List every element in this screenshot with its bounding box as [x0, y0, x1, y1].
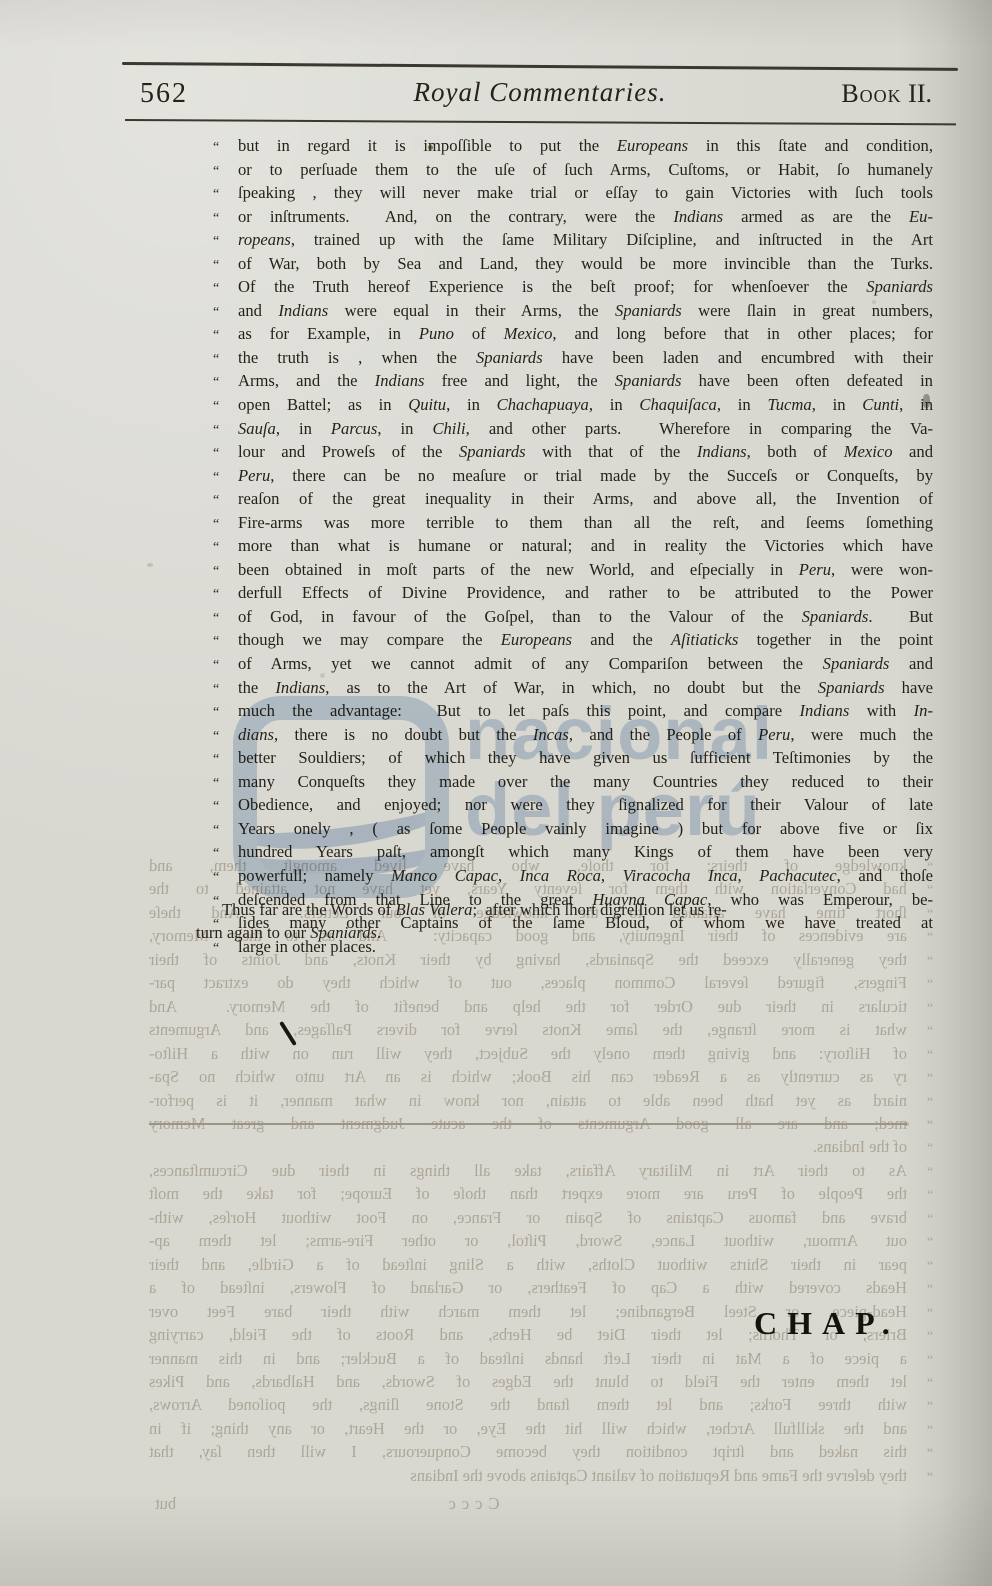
- bleed-line: “ry as currently as a Reader can his Boo…: [149, 1066, 933, 1089]
- catchword: CHAP.: [754, 1305, 900, 1342]
- quote-mark: “: [907, 972, 933, 995]
- line-text: reaſon of the great inequality in their …: [238, 488, 933, 512]
- line-text: Fingers, figured ſeveral Common places, …: [149, 972, 907, 995]
- text-line: “though we may compare the Europeans and…: [213, 629, 933, 653]
- quote-mark: “: [213, 418, 238, 442]
- book-heading: Book II.: [841, 79, 932, 109]
- bleed-line: “a piece of a Mat in their Left hands in…: [149, 1348, 933, 1371]
- bleed-line: “let them enter the Field to blunt the E…: [149, 1371, 933, 1394]
- line-text: Of the Truth hereof Experience is the be…: [238, 276, 933, 300]
- text-line: “dians, there is no doubt but the Incas,…: [213, 724, 933, 748]
- text-line: “Of the Truth hereof Experience is the b…: [213, 276, 933, 300]
- line-text: ſpeaking , they will never make trial or…: [238, 182, 933, 206]
- line-text: out Armour, without Lance, Sword, Piſtol…: [149, 1230, 907, 1253]
- text-line: “much the advantage: But to let paſs thi…: [213, 700, 933, 724]
- line-text: powerfull; namely Manco Capac, Inca Roca…: [238, 865, 933, 889]
- header-top-rule: [122, 62, 958, 71]
- quote-mark: “: [907, 1371, 933, 1394]
- line-text: Arms, and the Indians free and light, th…: [238, 370, 933, 394]
- quote-mark: “: [907, 1090, 933, 1113]
- quote-mark: “: [907, 1324, 933, 1347]
- book-word: Book: [841, 79, 901, 108]
- line-text: lour and Proweſs of the Spaniards with t…: [238, 441, 933, 465]
- bleed-signature-row: Ccccbut: [149, 1494, 933, 1518]
- line-text: they deſerve the Fame and Reputation of …: [149, 1465, 907, 1488]
- quote-mark: “: [907, 1113, 933, 1136]
- line-text: of Arms, yet we cannot admit of any Comp…: [238, 653, 933, 677]
- line-text: and the skillfull Archer, which will hit…: [149, 1418, 907, 1441]
- quote-mark: “: [907, 1465, 933, 1488]
- bleed-line: “ticulars in their due Order for the hel…: [149, 996, 933, 1019]
- line-text: a piece of a Mat in their Left hands inſ…: [149, 1348, 907, 1371]
- quote-mark: “: [213, 771, 238, 795]
- quote-mark: “: [213, 347, 238, 371]
- quote-mark: “: [213, 629, 238, 653]
- line-text: Heads covered with a Cap of Feathers, or…: [149, 1277, 907, 1300]
- line-text: more than what is humane or natural; and…: [238, 535, 933, 559]
- text-line: “Arms, and the Indians free and light, t…: [213, 370, 933, 394]
- line-text: this naked and ſtript condition they bec…: [149, 1441, 907, 1464]
- closing-paragraph: Thus far are the Words of Blas Valera; a…: [196, 899, 933, 944]
- closing-line: turn again to our Spaniards.: [196, 922, 933, 945]
- quote-mark: “: [213, 135, 238, 159]
- book-numeral: II.: [908, 79, 932, 108]
- quote-mark: “: [213, 323, 238, 347]
- quote-mark: “: [213, 159, 238, 183]
- quote-mark: “: [213, 488, 238, 512]
- text-line: “Peru, there can be no meaſure or trial …: [213, 465, 933, 489]
- quote-mark: “: [907, 1183, 933, 1206]
- text-line: “Obedience, and enjoyed; nor were they ſ…: [213, 794, 933, 818]
- line-text: Fire-arms was more terrible to them than…: [238, 512, 933, 536]
- text-line: “open Battel; as in Quitu, in Chachapuay…: [213, 394, 933, 418]
- quote-mark: “: [907, 1043, 933, 1066]
- signature-mark: Cccc: [443, 1494, 500, 1514]
- line-text: of the Indians.: [149, 1136, 907, 1159]
- text-line: “but in regard it is impoſſible to put t…: [213, 135, 933, 159]
- line-text: or to perſuade them to the uſe of ſuch A…: [238, 159, 933, 183]
- quote-mark: “: [907, 1136, 933, 1159]
- text-line: “Fire-arms was more terrible to them tha…: [213, 512, 933, 536]
- quote-mark: “: [213, 794, 238, 818]
- quote-mark: “: [213, 559, 238, 583]
- text-line: “or to perſuade them to the uſe of ſuch …: [213, 159, 933, 183]
- bleed-line: “what is more ſtrange, the ſame Knots ſe…: [149, 1019, 933, 1042]
- text-line: “powerfull; namely Manco Capac, Inca Roc…: [213, 865, 933, 889]
- line-text: ry as currently as a Reader can his Book…: [149, 1066, 907, 1089]
- bleed-line: “med; and are all good Arguments of the …: [149, 1113, 933, 1136]
- quote-mark: “: [907, 1418, 933, 1441]
- line-text: pear in their Shirts without Cloths, wit…: [149, 1254, 907, 1277]
- quote-mark: “: [907, 1066, 933, 1089]
- header-bottom-rule: [125, 119, 956, 125]
- text-line: “derfull Effects of Divine Providence, a…: [213, 582, 933, 606]
- quote-mark: “: [213, 677, 238, 701]
- line-text: what is more ſtrange, the ſame Knots ſer…: [149, 1019, 907, 1042]
- line-text: the truth is , when the Spaniards have b…: [238, 347, 933, 371]
- quote-mark: “: [213, 582, 238, 606]
- quote-mark: “: [213, 253, 238, 277]
- bleed-line: “of the Indians.: [149, 1136, 933, 1159]
- line-text: of Hiſtory: and giving them onely the Su…: [149, 1043, 907, 1066]
- line-text: better Souldiers; of which they have giv…: [238, 747, 933, 771]
- line-text: of War, both by Sea and Land, they would…: [238, 253, 933, 277]
- bleed-line: “Heads covered with a Cap of Feathers, o…: [149, 1277, 933, 1300]
- line-text: brave and famous Captains of Spain or Fr…: [149, 1207, 907, 1230]
- line-text: with three Forks; and let them ſtand the…: [149, 1394, 907, 1417]
- line-text: let them enter the Field to blunt the Ed…: [149, 1371, 907, 1394]
- line-text: though we may compare the Europeans and …: [238, 629, 933, 653]
- line-text: many Conqueſts they made over the many C…: [238, 771, 933, 795]
- quoted-text-block: “but in regard it is impoſſible to put t…: [213, 135, 933, 959]
- quote-mark: “: [907, 1019, 933, 1042]
- line-text: much the advantage: But to let paſs this…: [238, 700, 933, 724]
- text-line: “ſpeaking , they will never make trial o…: [213, 182, 933, 206]
- bleed-line: “As to their Art in Military Affairs, ta…: [149, 1160, 933, 1183]
- quote-mark: “: [213, 818, 238, 842]
- quote-mark: “: [213, 300, 238, 324]
- text-line: “of War, both by Sea and Land, they woul…: [213, 253, 933, 277]
- text-line: “hundred Years paſt, amongſt which many …: [213, 841, 933, 865]
- bleed-line: “out Armour, without Lance, Sword, Piſto…: [149, 1230, 933, 1253]
- quote-mark: “: [213, 370, 238, 394]
- text-line: “lour and Proweſs of the Spaniards with …: [213, 441, 933, 465]
- text-line: “been obtained in moſt parts of the new …: [213, 559, 933, 583]
- line-text: dians, there is no doubt but the Incas, …: [238, 724, 933, 748]
- line-text: the Indians, as to the Art of War, in wh…: [238, 677, 933, 701]
- quote-mark: “: [907, 1207, 933, 1230]
- quote-mark: “: [213, 394, 238, 418]
- quote-mark: “: [213, 512, 238, 536]
- line-text: Peru, there can be no meaſure or trial m…: [238, 465, 933, 489]
- line-text: ticulars in their due Order for the help…: [149, 996, 907, 1019]
- line-text: Obedience, and enjoyed; nor were they ſi…: [238, 794, 933, 818]
- line-text: of God, in favour of the Goſpel, than to…: [238, 606, 933, 630]
- line-text: the People of Peru are more expert than …: [149, 1183, 907, 1206]
- bleed-line: “of Hiſtory: and giving them onely the S…: [149, 1043, 933, 1066]
- bleed-line: “Fingers, figured ſeveral Common places,…: [149, 972, 933, 995]
- text-line: “better Souldiers; of which they have gi…: [213, 747, 933, 771]
- quote-mark: “: [213, 182, 238, 206]
- bleed-line: “with three Forks; and let them ſtand th…: [149, 1394, 933, 1417]
- line-text: as for Example, in Puno of Mexico, and l…: [238, 323, 933, 347]
- quote-mark: “: [213, 465, 238, 489]
- bleed-line: “brave and famous Captains of Spain or F…: [149, 1207, 933, 1230]
- text-line: “the truth is , when the Spaniards have …: [213, 347, 933, 371]
- quote-mark: “: [213, 206, 238, 230]
- text-line: “Sauſa, in Parcus, in Chili, and other p…: [213, 418, 933, 442]
- line-text: but in regard it is impoſſible to put th…: [238, 135, 933, 159]
- bleed-line: “this naked and ſtript condition they be…: [149, 1441, 933, 1464]
- line-text: Years onely , ( as ſome People vainly im…: [238, 818, 933, 842]
- bleed-line: “niard as yet hath been able to attain, …: [149, 1090, 933, 1113]
- line-text: or inſtruments. And, on the contrary, we…: [238, 206, 933, 230]
- line-text: open Battel; as in Quitu, in Chachapuaya…: [238, 394, 933, 418]
- quote-mark: “: [213, 841, 238, 865]
- quote-mark: “: [213, 653, 238, 677]
- text-line: “or inſtruments. And, on the contrary, w…: [213, 206, 933, 230]
- quote-mark: “: [213, 747, 238, 771]
- quote-mark: “: [213, 276, 238, 300]
- quote-mark: “: [907, 996, 933, 1019]
- text-line: “Years onely , ( as ſome People vainly i…: [213, 818, 933, 842]
- line-text: derfull Effects of Divine Providence, an…: [238, 582, 933, 606]
- text-line: “and Indians were equal in their Arms, t…: [213, 300, 933, 324]
- bleed-line: “the People of Peru are more expert than…: [149, 1183, 933, 1206]
- text-line: “many Conqueſts they made over the many …: [213, 771, 933, 795]
- text-line: “of Arms, yet we cannot admit of any Com…: [213, 653, 933, 677]
- line-text: been obtained in moſt parts of the new W…: [238, 559, 933, 583]
- line-text: hundred Years paſt, amongſt which many K…: [238, 841, 933, 865]
- running-title: Royal Commentaries.: [120, 77, 960, 108]
- paper-speck: [147, 563, 153, 567]
- quote-mark: “: [213, 535, 238, 559]
- line-text: ropeans, trained up with the ſame Milita…: [238, 229, 933, 253]
- line-text: and Indians were equal in their Arms, th…: [238, 300, 933, 324]
- quote-mark: “: [907, 1277, 933, 1300]
- text-line: “as for Example, in Puno of Mexico, and …: [213, 323, 933, 347]
- quote-mark: “: [213, 229, 238, 253]
- text-line: “more than what is humane or natural; an…: [213, 535, 933, 559]
- book-page-scan: 562 Royal Commentaries. Book II. “knowle…: [0, 0, 992, 1586]
- quote-mark: “: [213, 700, 238, 724]
- bleed-line: “pear in their Shirts without Cloths, wi…: [149, 1254, 933, 1277]
- text-line: “of God, in favour of the Goſpel, than t…: [213, 606, 933, 630]
- quote-mark: “: [213, 724, 238, 748]
- text-line: “reaſon of the great inequality in their…: [213, 488, 933, 512]
- quote-mark: “: [907, 1348, 933, 1371]
- quote-mark: “: [213, 441, 238, 465]
- line-text: Sauſa, in Parcus, in Chili, and other pa…: [238, 418, 933, 442]
- quote-mark: “: [907, 1160, 933, 1183]
- line-text: As to their Art in Military Affairs, tak…: [149, 1160, 907, 1183]
- bleed-line: “they deſerve the Fame and Reputation of…: [149, 1465, 933, 1488]
- quote-mark: “: [213, 865, 238, 889]
- bleed-line: “and the skillfull Archer, which will hi…: [149, 1418, 933, 1441]
- quote-mark: “: [907, 1394, 933, 1417]
- line-text: niard as yet hath been able to attain, n…: [149, 1090, 907, 1113]
- text-line: “the Indians, as to the Art of War, in w…: [213, 677, 933, 701]
- quote-mark: “: [907, 1301, 933, 1324]
- quote-mark: “: [907, 1441, 933, 1464]
- paper-speck: [905, 1122, 909, 1126]
- bleed-catchword: but: [155, 1494, 176, 1514]
- quote-mark: “: [907, 1254, 933, 1277]
- line-text: med; and are all good Arguments of the a…: [149, 1113, 907, 1136]
- text-line: “ropeans, trained up with the ſame Milit…: [213, 229, 933, 253]
- quote-mark: “: [213, 606, 238, 630]
- closing-line: Thus far are the Words of Blas Valera; a…: [196, 899, 933, 922]
- quote-mark: “: [907, 1230, 933, 1253]
